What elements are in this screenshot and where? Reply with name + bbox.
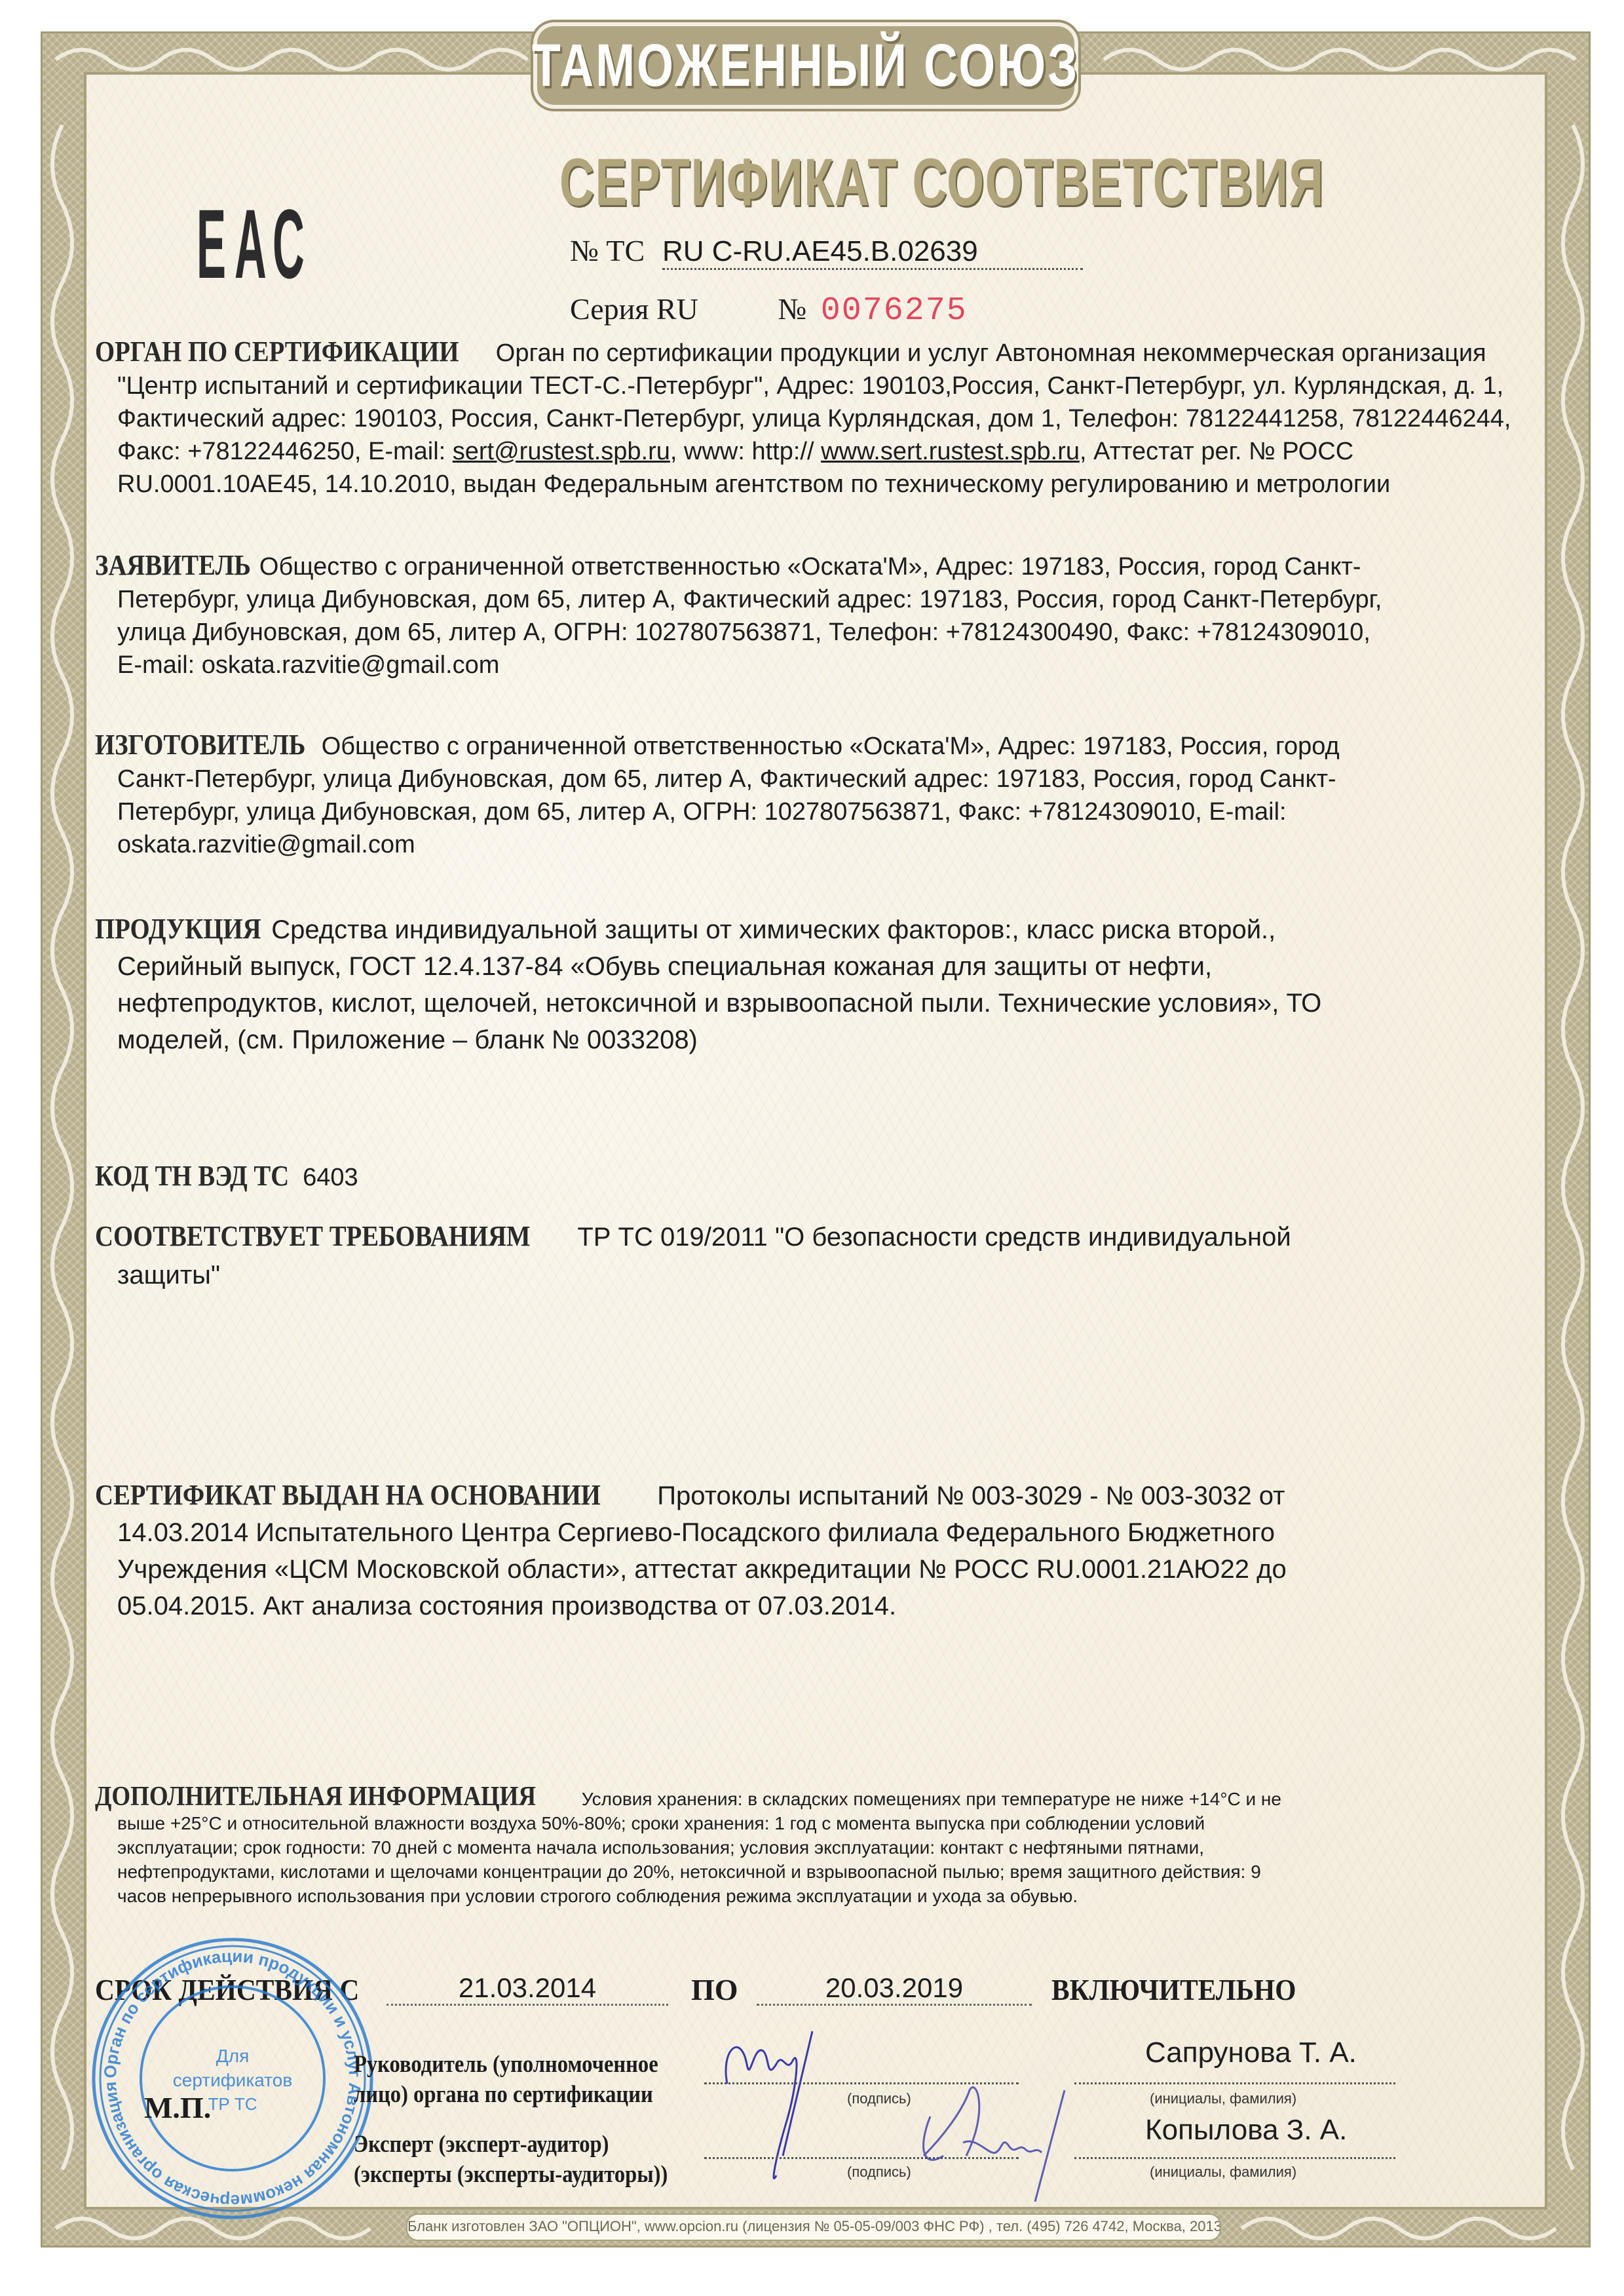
- section-heading: ОРГАН ПО СЕРТИФИКАЦИИ: [95, 335, 459, 368]
- section-heading: СЕРТИФИКАТ ВЫДАН НА ОСНОВАНИИ: [95, 1477, 601, 1514]
- section-applicant: ЗАЯВИТЕЛЬ Общество с ограниченной ответс…: [95, 549, 1523, 681]
- section-heading: СООТВЕТСТВУЕТ ТРЕБОВАНИЯМ: [95, 1217, 531, 1255]
- attestat-text: , Аттестат рег. № РОСС: [1080, 438, 1353, 465]
- section-requirements: СООТВЕТСТВУЕТ ТРЕБОВАНИЯМ ТР ТС 019/2011…: [95, 1217, 1523, 1294]
- hs-code-value: 6403: [303, 1164, 358, 1191]
- signature-caption: (подпись): [847, 2090, 911, 2107]
- eac-logo-letter: Е: [197, 197, 211, 292]
- section-product: ПРОДУКЦИЯ Средства индивидуальной защиты…: [95, 911, 1523, 1058]
- validity-inclusive-label: ВКЛЮЧИТЕЛЬНО: [1051, 1972, 1296, 2007]
- section-text: нефтепродуктами, кислотами и щелочами ко…: [95, 1860, 1523, 1884]
- expert-name-line: [1074, 2157, 1395, 2159]
- www-prefix: , www: http://: [670, 438, 821, 465]
- certificate-number-row: № ТС RU C-RU.AE45.B.02639: [570, 233, 1083, 270]
- document-title: СЕРТИФИКАТ СООТВЕТСТВИЯ: [559, 144, 1078, 221]
- section-text: ТР ТС 019/2011 "О безопасности средств и…: [577, 1223, 1291, 1252]
- section-heading: ПРОДУКЦИЯ: [95, 911, 261, 947]
- customs-union-title: ТАМОЖЕННЫЙ СОЮЗ: [532, 31, 1080, 100]
- role-line: Эксперт (эксперт-аудитор): [354, 2130, 668, 2160]
- blank-number-label: №: [778, 292, 806, 326]
- section-text: Петербург, улица Дибуновская, дом 65, ли…: [95, 795, 1523, 828]
- fax-text: Факс: +78122446250, E-mail:: [117, 438, 453, 465]
- head-name-line: [1074, 2082, 1395, 2084]
- section-heading: ЗАЯВИТЕЛЬ: [95, 549, 251, 582]
- head-signature-icon: [714, 2025, 845, 2195]
- name-caption: (инициалы, фамилия): [1150, 2164, 1296, 2181]
- section-text: 14.03.2014 Испытательного Центра Сергиев…: [95, 1514, 1523, 1551]
- certificate-number-label: № ТС: [570, 234, 645, 267]
- section-text: oskata.razvitie@gmail.com: [95, 828, 1523, 861]
- valid-to-date: 20.03.2019: [757, 1972, 1032, 2006]
- section-text: часов непрерывного использования при усл…: [95, 1884, 1523, 1908]
- role-line: лицо) органа по сертификации: [354, 2080, 658, 2110]
- section-basis: СЕРТИФИКАТ ВЫДАН НА ОСНОВАНИИ Протоколы …: [95, 1477, 1523, 1624]
- section-heading: ДОПОЛНИТЕЛЬНАЯ ИНФОРМАЦИЯ: [95, 1785, 536, 1809]
- section-additional-info: ДОПОЛНИТЕЛЬНАЯ ИНФОРМАЦИЯ Условия хранен…: [95, 1785, 1523, 1908]
- official-stamp-icon: Орган по сертификации продукции и услуг …: [88, 1934, 377, 2223]
- name-caption: (инициалы, фамилия): [1150, 2090, 1296, 2107]
- stamp-center-text: Для: [216, 2046, 249, 2066]
- section-text: Средства индивидуальной защиты от химиче…: [271, 915, 1275, 944]
- seal-place-label: М.П.: [144, 2090, 211, 2125]
- section-text: "Центр испытаний и сертификации ТЕСТ-С.-…: [95, 370, 1523, 402]
- section-manufacturer: ИЗГОТОВИТЕЛЬ Общество с ограниченной отв…: [95, 729, 1523, 861]
- series-label: Серия RU: [570, 292, 698, 326]
- role-line: (эксперты (эксперты-аудиторы)): [354, 2160, 668, 2190]
- eac-logo-letter: С: [273, 197, 287, 292]
- section-text: улица Дибуновская, дом 65, литер А, ОГРН…: [95, 616, 1523, 649]
- section-certification-body: ОРГАН ПО СЕРТИФИКАЦИИ Орган по сертифика…: [95, 335, 1523, 501]
- section-text: E-mail: oskata.razvitie@gmail.com: [95, 649, 1523, 681]
- role-line: Руководитель (уполномоченное: [354, 2050, 658, 2080]
- blank-number: 0076275: [821, 292, 968, 330]
- customs-union-banner: ТАМОЖЕННЫЙ СОЮЗ: [537, 26, 1074, 105]
- section-text: Фактический адрес: 190103, Россия, Санкт…: [95, 402, 1523, 435]
- section-text: Серийный выпуск, ГОСТ 12.4.137-84 «Обувь…: [95, 948, 1523, 985]
- expert-signature-icon: [904, 2071, 1087, 2202]
- certificate-number: RU C-RU.AE45.B.02639: [662, 235, 1083, 270]
- blank-imprint: Бланк изготовлен ЗАО "ОПЦИОН", www.opcio…: [406, 2213, 1221, 2241]
- section-text: Общество с ограниченной ответственностью…: [259, 553, 1361, 581]
- section-text: Протоколы испытаний № 003-3029 - № 003-3…: [657, 1482, 1285, 1510]
- section-text: эксплуатации; срок годности: 70 дней с м…: [95, 1835, 1523, 1860]
- eac-logo-letter: А: [235, 197, 249, 292]
- head-name: Сапрунова Т. А.: [1145, 2037, 1357, 2069]
- section-text: моделей, (см. Приложение – бланк № 00332…: [95, 1022, 1523, 1058]
- section-text: защиты": [95, 1256, 1523, 1294]
- section-heading: ИЗГОТОВИТЕЛЬ: [95, 729, 305, 761]
- valid-from-date: 21.03.2014: [387, 1972, 668, 2006]
- section-hs-code: КОД ТН ВЭД ТС 6403: [95, 1160, 1523, 1194]
- section-text: Общество с ограниченной ответственностью…: [322, 733, 1340, 760]
- section-text: Учреждения «ЦСМ Московской области», атт…: [95, 1551, 1523, 1588]
- stamp-center-text: ТР ТС: [208, 2094, 257, 2114]
- section-text: Санкт-Петербург, улица Дибуновская, дом …: [95, 763, 1523, 795]
- head-role-label: Руководитель (уполномоченное лицо) орган…: [354, 2050, 658, 2110]
- signature-caption: (подпись): [847, 2164, 911, 2181]
- expert-name: Копылова З. А.: [1145, 2114, 1347, 2147]
- expert-role-label: Эксперт (эксперт-аудитор) (эксперты (экс…: [354, 2130, 668, 2190]
- series-row: Серия RU № 0076275: [570, 292, 968, 330]
- section-text: RU.0001.10АЕ45, 14.10.2010, выдан Федера…: [95, 468, 1523, 501]
- stamp-center-text: сертификатов: [173, 2070, 292, 2090]
- section-text: Условия хранения: в складских помещениях…: [582, 1789, 1281, 1809]
- validity-to-label: ПО: [691, 1972, 738, 2007]
- section-text: Петербург, улица Дибуновская, дом 65, ли…: [95, 583, 1523, 616]
- section-text: нефтепродуктов, кислот, щелочей, нетокси…: [95, 985, 1523, 1022]
- eac-logo-icon: Е А С: [197, 197, 308, 292]
- email-link[interactable]: sert@rustest.spb.ru: [453, 438, 670, 465]
- section-text: 05.04.2015. Акт анализа состояния произв…: [95, 1588, 1523, 1624]
- section-text: выше +25°С и относительной влажности воз…: [95, 1811, 1523, 1835]
- section-text: Орган по сертификации продукции и услуг …: [496, 339, 1486, 367]
- section-heading: КОД ТН ВЭД ТС: [95, 1160, 289, 1193]
- website-link[interactable]: www.sert.rustest.spb.ru: [821, 438, 1080, 465]
